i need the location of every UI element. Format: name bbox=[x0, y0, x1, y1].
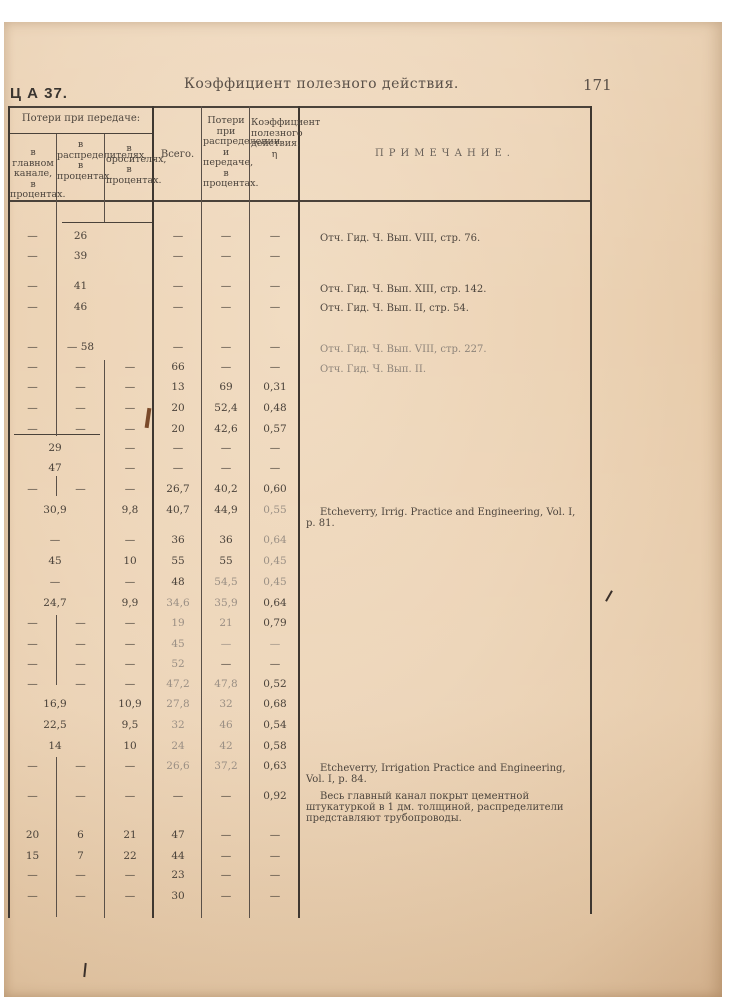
cell-total: — bbox=[155, 790, 201, 802]
table-label: Ц А 37. bbox=[10, 85, 68, 102]
cell-dist: 7 bbox=[57, 850, 104, 862]
col-header-irrigators: в оросителях, в процентах. bbox=[106, 144, 152, 186]
cell-irr: — bbox=[106, 361, 154, 373]
cell-eff: — bbox=[251, 462, 299, 474]
cell-main: — bbox=[10, 381, 55, 393]
col-header-loss-dist-transfer: Потери при распределении и передаче, в п… bbox=[203, 116, 249, 190]
cell-eff: 0,55 bbox=[251, 504, 299, 516]
cell-total: 19 bbox=[155, 617, 201, 629]
cell-eff: 0,79 bbox=[251, 617, 299, 629]
cell-main: — bbox=[10, 760, 55, 772]
table-row: — — — 13 69 0,31 bbox=[0, 381, 600, 399]
cell-loss: — bbox=[203, 250, 249, 262]
cell-eff: 0,57 bbox=[251, 423, 299, 435]
cell-eff: 0,64 bbox=[251, 597, 299, 609]
cell-dist: 26 bbox=[57, 230, 104, 242]
cell-total: — bbox=[155, 442, 201, 454]
note-text: Отч. Гид. Ч. Вып. XIII, стр. 142. bbox=[306, 284, 586, 295]
cell-dist: — bbox=[57, 890, 104, 902]
cell-total: 13 bbox=[155, 381, 201, 393]
cell-loss: — bbox=[203, 890, 249, 902]
cell-eff: — bbox=[251, 361, 299, 373]
note-text: Отч. Гид. Ч. Вып. VIII, стр. 76. bbox=[306, 233, 586, 244]
cell-dist: — bbox=[57, 760, 104, 772]
cell-loss: 44,9 bbox=[203, 504, 249, 516]
cell-main: — bbox=[10, 250, 55, 262]
cell-irr: 9,8 bbox=[106, 504, 154, 516]
cell-irr: — bbox=[106, 617, 154, 629]
cell-total: 36 bbox=[155, 534, 201, 546]
cell-main-merged: 24,7 bbox=[10, 597, 100, 609]
cell-eff: 0,92 bbox=[251, 790, 299, 802]
cell-total: — bbox=[155, 462, 201, 474]
cell-irr: — bbox=[106, 442, 154, 454]
cell-dist: — bbox=[57, 423, 104, 435]
cell-main-merged: 30,9 bbox=[10, 504, 100, 516]
cell-total: — bbox=[155, 250, 201, 262]
cell-loss: 37,2 bbox=[203, 760, 249, 772]
note-text: Отч. Гид. Ч. Вып. II. bbox=[306, 364, 586, 375]
table-row: 47 — — — — bbox=[0, 462, 600, 480]
table-row: 14 10 24 42 0,58 bbox=[0, 740, 600, 758]
cell-main: — bbox=[10, 402, 55, 414]
cell-main-merged: 47 bbox=[10, 462, 100, 474]
cell-eff: — bbox=[251, 869, 299, 881]
cell-loss: 55 bbox=[203, 555, 249, 567]
note-text: Весь главный канал покрыт цементной штук… bbox=[306, 791, 586, 824]
cell-loss: — bbox=[203, 280, 249, 292]
cell-irr: — bbox=[106, 638, 154, 650]
cell-total: 48 bbox=[155, 576, 201, 588]
cell-dist: 46 bbox=[57, 301, 104, 313]
cell-main: — bbox=[10, 678, 55, 690]
cell-eff: 0,64 bbox=[251, 534, 299, 546]
cell-loss: 52,4 bbox=[203, 402, 249, 414]
cell-total: 55 bbox=[155, 555, 201, 567]
cell-loss: — bbox=[203, 230, 249, 242]
cell-eff: 0,58 bbox=[251, 740, 299, 752]
cell-eff: 0,48 bbox=[251, 402, 299, 414]
cell-dist: 41 bbox=[57, 280, 104, 292]
table-row: 24,7 9,9 34,6 35,9 0,64 bbox=[0, 597, 600, 615]
cell-dist: 6 bbox=[57, 829, 104, 841]
cell-irr: — bbox=[106, 790, 154, 802]
table-row: — — — 23 — — bbox=[0, 869, 600, 887]
cell-main-merged: 29 bbox=[10, 442, 100, 454]
cell-total: 44 bbox=[155, 850, 201, 862]
col-header-efficiency: Коэффициент полезного действия. η bbox=[251, 118, 298, 160]
cell-irr: 9,9 bbox=[106, 597, 154, 609]
cell-loss: 42 bbox=[203, 740, 249, 752]
cell-dist: — bbox=[57, 790, 104, 802]
table-row: 16,9 10,9 27,8 32 0,68 bbox=[0, 698, 600, 716]
note-text: Etcheverry, Irrigation Practice and Engi… bbox=[306, 763, 586, 785]
cell-main: — bbox=[10, 361, 55, 373]
cell-main: — bbox=[10, 423, 55, 435]
cell-loss: 46 bbox=[203, 719, 249, 731]
cell-total: 26,6 bbox=[155, 760, 201, 772]
cell-total: 20 bbox=[155, 402, 201, 414]
group-header-transfer-losses: Потери при передаче: bbox=[10, 114, 152, 125]
cell-total: 23 bbox=[155, 869, 201, 881]
cell-eff: — bbox=[251, 230, 299, 242]
cell-total: — bbox=[155, 230, 201, 242]
group-header-rule bbox=[10, 133, 152, 134]
cell-eff: — bbox=[251, 638, 299, 650]
table-row: — 39 — — — bbox=[0, 250, 600, 268]
table-row: — — — 26,7 40,2 0,60 bbox=[0, 483, 600, 501]
cell-dist: — bbox=[57, 678, 104, 690]
cell-total: 30 bbox=[155, 890, 201, 902]
table-row: — — 48 54,5 0,45 bbox=[0, 576, 600, 594]
cell-eff: 0,52 bbox=[251, 678, 299, 690]
cell-irr: 9,5 bbox=[106, 719, 154, 731]
cell-total: — bbox=[155, 280, 201, 292]
cell-eff: 0,54 bbox=[251, 719, 299, 731]
cell-loss: 42,6 bbox=[203, 423, 249, 435]
cell-loss: 21 bbox=[203, 617, 249, 629]
table-row: — — — 20 52,4 0,48 bbox=[0, 402, 600, 420]
note-text: Etcheverry, Irrig. Practice and Engineer… bbox=[306, 507, 586, 529]
cell-loss: — bbox=[203, 829, 249, 841]
cell-irr: — bbox=[106, 760, 154, 772]
cell-eff: 0,45 bbox=[251, 576, 299, 588]
cell-eff: 0,63 bbox=[251, 760, 299, 772]
cell-loss: 47,8 bbox=[203, 678, 249, 690]
table-row: 22,5 9,5 32 46 0,54 bbox=[0, 719, 600, 737]
cell-loss: 35,9 bbox=[203, 597, 249, 609]
table-row: 29 — — — — bbox=[0, 442, 600, 460]
cell-irr: — bbox=[106, 534, 154, 546]
cell-dist: — bbox=[57, 869, 104, 881]
cell-eff: 0,31 bbox=[251, 381, 299, 393]
cell-total: 34,6 bbox=[155, 597, 201, 609]
cell-main: — bbox=[10, 280, 55, 292]
cell-eff: — bbox=[251, 442, 299, 454]
cell-dist: — bbox=[57, 483, 104, 495]
cell-dist: — bbox=[57, 381, 104, 393]
cell-eff: 0,68 bbox=[251, 698, 299, 710]
cell-irr: 10,9 bbox=[106, 698, 154, 710]
cell-eff: — bbox=[251, 280, 299, 292]
cell-main: — bbox=[10, 658, 55, 670]
cell-irr: 10 bbox=[106, 555, 154, 567]
col-header-main-canal: в главном канале, в процентах. bbox=[10, 148, 56, 201]
cell-loss: — bbox=[203, 462, 249, 474]
cell-irr: — bbox=[106, 576, 154, 588]
page-number: 171 bbox=[583, 76, 612, 94]
cell-irr: — bbox=[106, 483, 154, 495]
cell-dist: 39 bbox=[57, 250, 104, 262]
cell-total: 47 bbox=[155, 829, 201, 841]
cell-main-merged: — bbox=[10, 576, 100, 588]
cell-loss: 36 bbox=[203, 534, 249, 546]
cell-irr: — bbox=[106, 869, 154, 881]
cell-main-merged: — bbox=[10, 534, 100, 546]
cell-irr: — bbox=[106, 890, 154, 902]
cell-loss: 32 bbox=[203, 698, 249, 710]
cell-main: 20 bbox=[10, 829, 55, 841]
cell-irr: — bbox=[106, 381, 154, 393]
cell-main: — bbox=[10, 790, 55, 802]
table-row: — — 36 36 0,64 bbox=[0, 534, 600, 552]
cell-total: 52 bbox=[155, 658, 201, 670]
cell-irr: — bbox=[106, 462, 154, 474]
cell-total: 26,7 bbox=[155, 483, 201, 495]
cell-main: 15 bbox=[10, 850, 55, 862]
cell-loss: 40,2 bbox=[203, 483, 249, 495]
col-header-note: ПРИМЕЧАНИЕ. bbox=[300, 148, 590, 159]
cell-eff: — bbox=[251, 250, 299, 262]
cell-eff: — bbox=[251, 829, 299, 841]
cell-main: — bbox=[10, 301, 55, 313]
cell-eff: — bbox=[251, 850, 299, 862]
cell-main-merged: 14 bbox=[10, 740, 100, 752]
table-row: — — — 47,2 47,8 0,52 bbox=[0, 678, 600, 696]
table-row: 45 10 55 55 0,45 bbox=[0, 555, 600, 573]
table-row: — — — 45 — — bbox=[0, 638, 600, 656]
table-row: 20 6 21 47 — — bbox=[0, 829, 600, 847]
cell-loss: 69 bbox=[203, 381, 249, 393]
cell-irr: — bbox=[106, 678, 154, 690]
cell-total: 32 bbox=[155, 719, 201, 731]
cell-loss: — bbox=[203, 442, 249, 454]
cell-main-merged: 16,9 bbox=[10, 698, 100, 710]
cell-total: 24 bbox=[155, 740, 201, 752]
cell-eff: 0,60 bbox=[251, 483, 299, 495]
cell-dist: — bbox=[57, 638, 104, 650]
note-text: Отч. Гид. Ч. Вып. VIII, стр. 227. bbox=[306, 344, 586, 355]
cell-main: — bbox=[10, 341, 55, 353]
cell-main: — bbox=[10, 869, 55, 881]
cell-main: — bbox=[10, 638, 55, 650]
cell-main-merged: 45 bbox=[10, 555, 100, 567]
cell-total: 20 bbox=[155, 423, 201, 435]
cell-main: — bbox=[10, 483, 55, 495]
cell-irr: 22 bbox=[106, 850, 154, 862]
cell-loss: — bbox=[203, 850, 249, 862]
cell-loss: — bbox=[203, 790, 249, 802]
cell-dist: — bbox=[57, 402, 104, 414]
col-header-distributors: в распределителях, в процентах. bbox=[57, 140, 104, 182]
cell-dist: — 58 bbox=[57, 341, 104, 353]
page-title: Коэффициент полезного действия. bbox=[184, 76, 459, 92]
cell-dist: — bbox=[57, 658, 104, 670]
cell-total: 27,8 bbox=[155, 698, 201, 710]
cell-total: 47,2 bbox=[155, 678, 201, 690]
cell-irr: 10 bbox=[106, 740, 154, 752]
table-top-rule bbox=[8, 106, 592, 108]
cell-main: — bbox=[10, 617, 55, 629]
cell-total: — bbox=[155, 341, 201, 353]
cell-total: 66 bbox=[155, 361, 201, 373]
merged-cell-rule bbox=[62, 222, 152, 223]
table-row: — — — 52 — — bbox=[0, 658, 600, 676]
cell-dist: — bbox=[57, 617, 104, 629]
cell-eff: — bbox=[251, 658, 299, 670]
cell-loss: — bbox=[203, 869, 249, 881]
col-header-total: Всего. bbox=[154, 150, 201, 161]
cell-total: 40,7 bbox=[155, 504, 201, 516]
cell-total: — bbox=[155, 301, 201, 313]
cell-loss: — bbox=[203, 361, 249, 373]
cell-dist: — bbox=[57, 361, 104, 373]
table-row: — — — 30 — — bbox=[0, 890, 600, 908]
table-row: — — — 20 42,6 0,57 bbox=[0, 423, 600, 441]
cell-irr: — bbox=[106, 658, 154, 670]
table-row: — — — 19 21 0,79 bbox=[0, 617, 600, 635]
cell-loss: — bbox=[203, 301, 249, 313]
cell-main: — bbox=[10, 890, 55, 902]
cell-eff: 0,45 bbox=[251, 555, 299, 567]
cell-main: — bbox=[10, 230, 55, 242]
cell-loss: — bbox=[203, 658, 249, 670]
cell-loss: — bbox=[203, 341, 249, 353]
cell-eff: — bbox=[251, 301, 299, 313]
cell-irr: 21 bbox=[106, 829, 154, 841]
cell-total: 45 bbox=[155, 638, 201, 650]
table-row: 15 7 22 44 — — bbox=[0, 850, 600, 868]
cell-loss: 54,5 bbox=[203, 576, 249, 588]
cell-eff: — bbox=[251, 341, 299, 353]
cell-loss: — bbox=[203, 638, 249, 650]
note-text: Отч. Гид. Ч. Вып. II, стр. 54. bbox=[306, 303, 586, 314]
cell-main-merged: 22,5 bbox=[10, 719, 100, 731]
cell-eff: — bbox=[251, 890, 299, 902]
header-bottom-rule bbox=[8, 200, 592, 202]
